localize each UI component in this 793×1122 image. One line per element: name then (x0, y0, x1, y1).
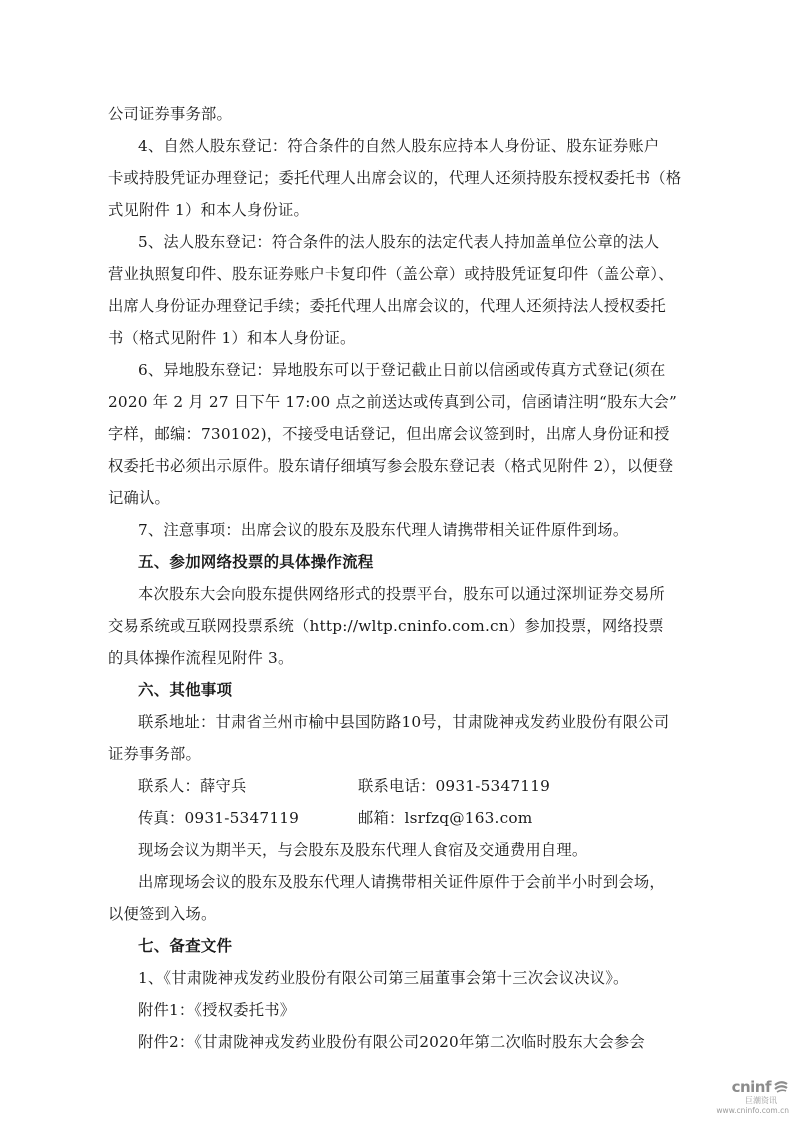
reference-item: 1、《甘肃陇神戎发药业股份有限公司第三届董事会第十三次会议决议》。 (138, 968, 629, 988)
reference-item: 附件2：《甘肃陇神戎发药业股份有限公司2020年第二次临时股东大会参会 (138, 1032, 645, 1052)
paragraph-line: 6、异地股东登记：异地股东可以于登记截止日前以信函或传真方式登记(须在 (138, 360, 666, 380)
paragraph-line: 记确认。 (108, 488, 170, 508)
contact-address: 联系地址：甘肃省兰州市榆中县国防路10号，甘肃陇神戎发药业股份有限公司 (138, 712, 669, 732)
contact-phone: 联系电话：0931-5347119 (358, 776, 550, 796)
contact-row: 联系人：薛守兵 联系电话：0931-5347119 (138, 776, 698, 796)
reference-item: 附件1：《授权委托书》 (138, 1000, 295, 1020)
contact-email: 邮箱：lsrfzq@163.com (358, 808, 533, 828)
paragraph-line: 营业执照复印件、股东证券账户卡复印件（盖公章）或持股凭证复印件（盖公章）、 (108, 264, 674, 284)
section-heading-7: 七、备查文件 (138, 936, 232, 956)
paragraph-line: 5、法人股东登记：符合条件的法人股东的法定代表人持加盖单位公章的法人 (138, 232, 659, 252)
paragraph-line: 本次股东大会向股东提供网络形式的投票平台，股东可以通过深圳证券交易所 (138, 584, 665, 604)
paragraph-line: 的具体操作流程见附件 3。 (108, 648, 293, 668)
section-heading-5: 五、参加网络投票的具体操作流程 (138, 552, 374, 572)
paragraph-line: 式见附件 1）和本人身份证。 (108, 200, 309, 220)
paragraph-line: 4、自然人股东登记：符合条件的自然人股东应持本人身份证、股东证券账户 (138, 136, 659, 156)
paragraph-line: 以便签到入场。 (108, 904, 216, 924)
paragraph-line: 权委托书必须出示原件。股东请仔细填写参会股东登记表（格式见附件 2），以便登 (108, 456, 673, 476)
contact-row: 传真：0931-5347119 邮箱：lsrfzq@163.com (138, 808, 698, 828)
watermark-brand: cninf (732, 1078, 771, 1096)
paragraph-line: 2020 年 2 月 27 日下午 17:00 点之前送达或传真到公司，信函请注… (108, 392, 677, 412)
paragraph-line: 字样，邮编：730102)，不接受电话登记，但出席会议签到时，出席人身份证和授 (108, 424, 670, 444)
contact-address-cont: 证券事务部。 (108, 744, 201, 764)
watermark-url: www.cninfo.com.cn (701, 1106, 789, 1116)
contact-person: 联系人：薛守兵 (138, 777, 246, 795)
cninfo-logo-icon (773, 1081, 789, 1093)
paragraph-line: 出席现场会议的股东及股东代理人请携带相关证件原件于会前半小时到会场， (138, 872, 665, 892)
paragraph-line: 7、注意事项：出席会议的股东及股东代理人请携带相关证件原件到场。 (138, 520, 628, 540)
paragraph-line: 现场会议为期半天，与会股东及股东代理人食宿及交通费用自理。 (138, 840, 587, 860)
cninfo-watermark: cninf 巨潮资讯 www.cninfo.com.cn (701, 1077, 789, 1116)
watermark-brand-cn: 巨潮资讯 (701, 1096, 777, 1106)
paragraph-line: 卡或持股凭证办理登记；委托代理人出席会议的，代理人还须持股东授权委托书（格 (108, 168, 681, 188)
paragraph-line: 公司证券事务部。 (108, 104, 232, 124)
contact-fax: 传真：0931-5347119 (138, 809, 299, 827)
paragraph-line: 交易系统或互联网投票系统（http://wltp.cninfo.com.cn）参… (108, 616, 664, 636)
paragraph-line: 书（格式见附件 1）和本人身份证。 (108, 328, 355, 348)
paragraph-line: 出席人身份证办理登记手续；委托代理人出席会议的，代理人还须持法人授权委托 (108, 296, 666, 316)
section-heading-6: 六、其他事项 (138, 680, 232, 700)
